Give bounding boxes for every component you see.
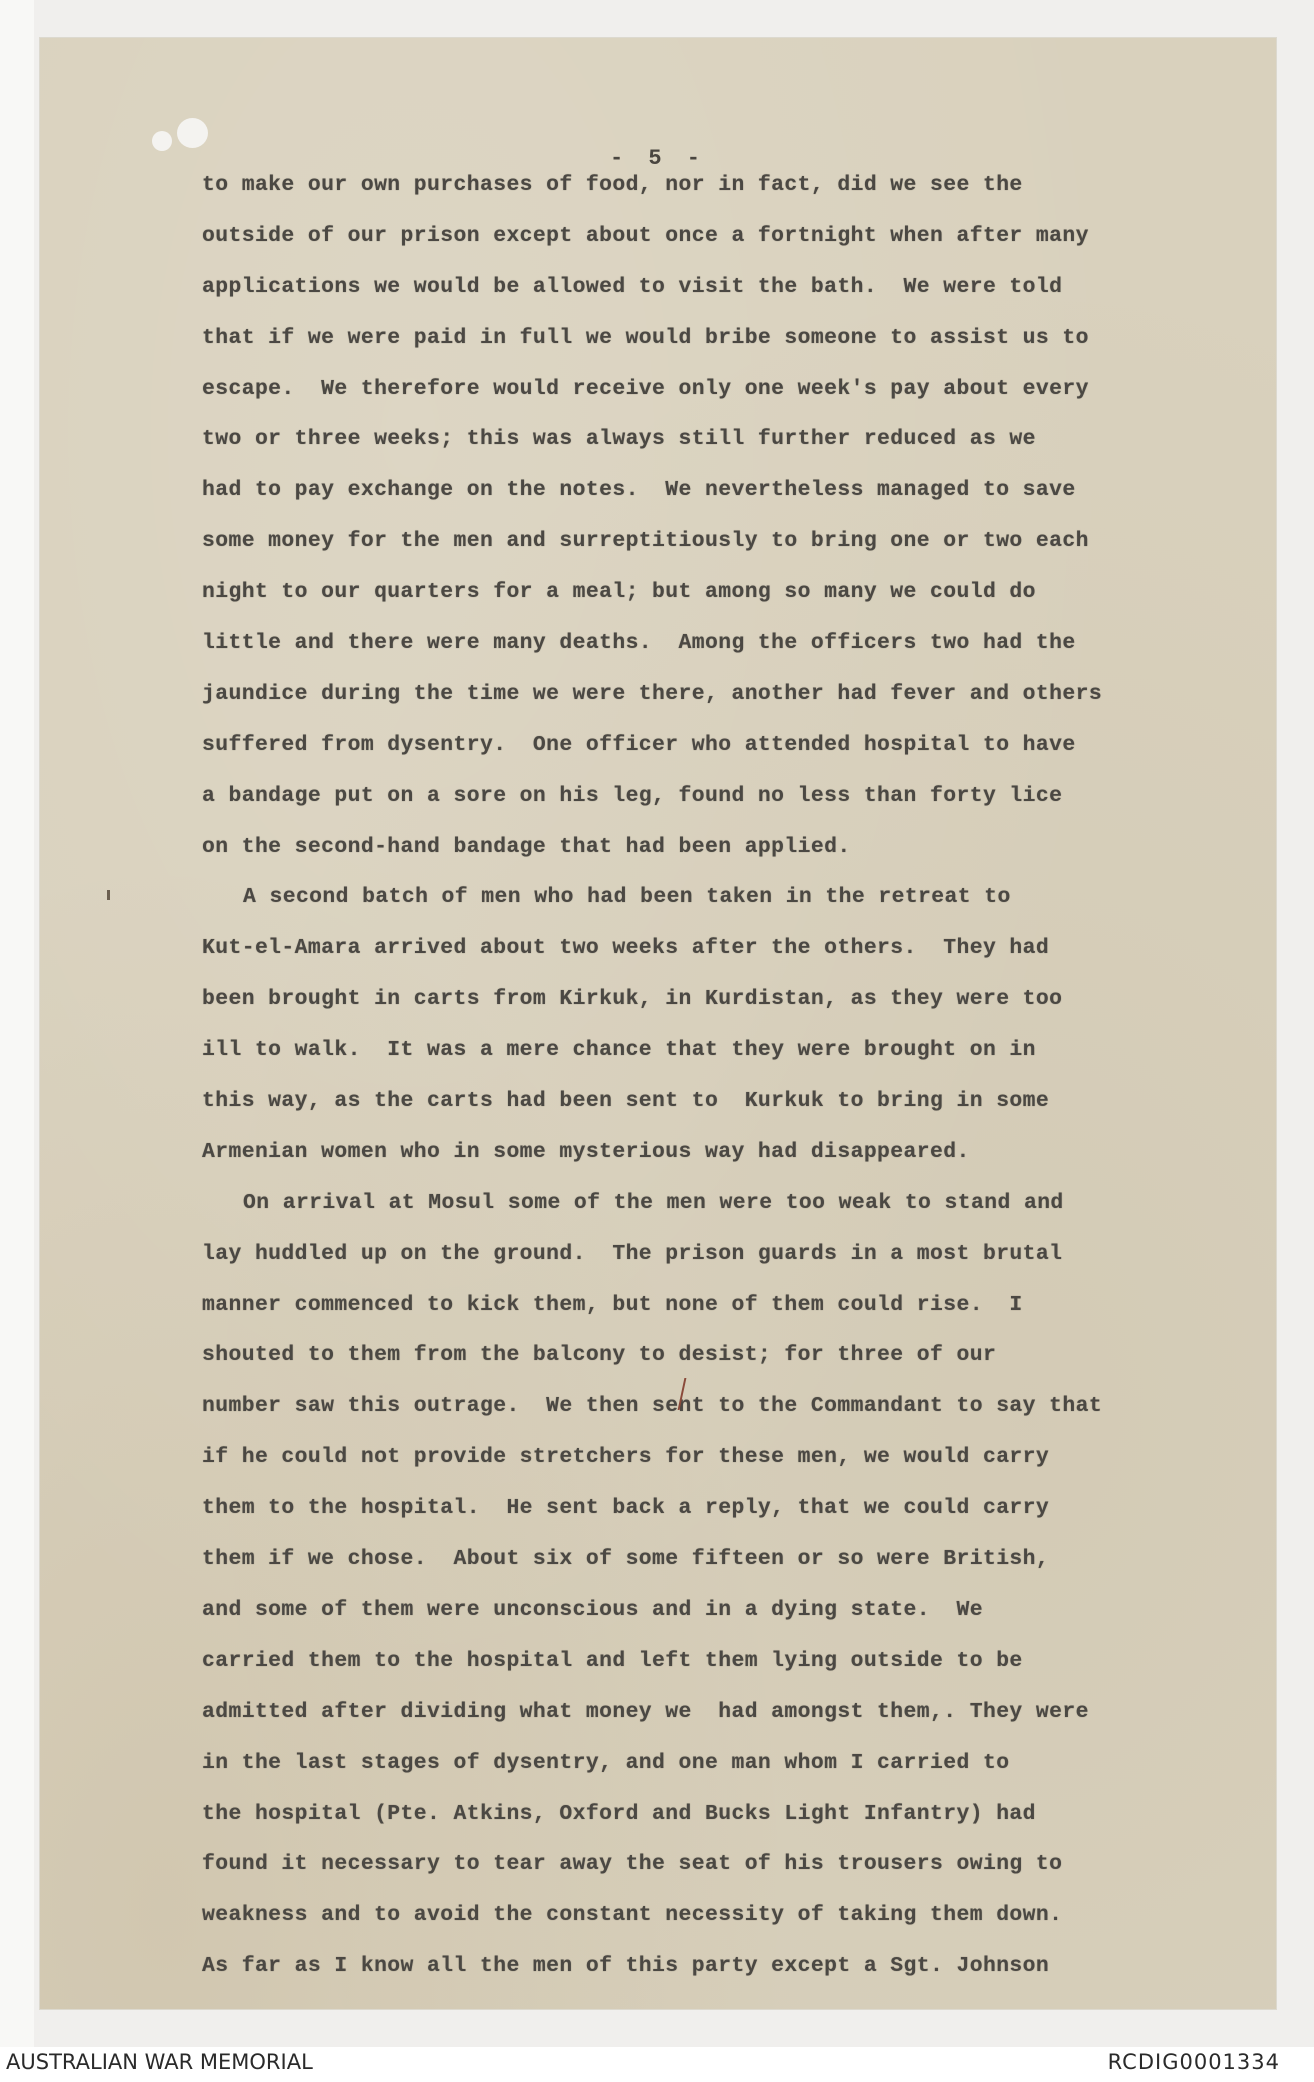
text-line: little and there were many deaths. Among… xyxy=(202,618,1282,669)
text-line: two or three weeks; this was always stil… xyxy=(202,414,1282,465)
text-line: As far as I know all the men of this par… xyxy=(202,1941,1282,1992)
text-line: manner commenced to kick them, but none … xyxy=(202,1280,1282,1331)
text-line: jaundice during the time we were there, … xyxy=(202,669,1282,720)
text-line: admitted after dividing what money we ha… xyxy=(202,1687,1282,1738)
text-line: had to pay exchange on the notes. We nev… xyxy=(202,465,1282,516)
text-line: and some of them were unconscious and in… xyxy=(202,1585,1282,1636)
text-line: found it necessary to tear away the seat… xyxy=(202,1839,1282,1890)
text-line: shouted to them from the balcony to desi… xyxy=(202,1330,1282,1381)
text-line: number saw this outrage. We then sent to… xyxy=(202,1381,1282,1432)
text-line: A second batch of men who had been taken… xyxy=(202,872,1282,923)
document-body-text: to make our own purchases of food, nor i… xyxy=(202,160,1282,1992)
text-line: lay huddled up on the ground. The prison… xyxy=(202,1229,1282,1280)
text-line: this way, as the carts had been sent to … xyxy=(202,1076,1282,1127)
text-line: if he could not provide stretchers for t… xyxy=(202,1432,1282,1483)
text-line: ill to walk. It was a mere chance that t… xyxy=(202,1025,1282,1076)
text-line: some money for the men and surreptitious… xyxy=(202,516,1282,567)
text-line: On arrival at Mosul some of the men were… xyxy=(202,1178,1282,1229)
text-line: that if we were paid in full we would br… xyxy=(202,313,1282,364)
text-line: to make our own purchases of food, nor i… xyxy=(202,160,1282,211)
text-line: applications we would be allowed to visi… xyxy=(202,262,1282,313)
text-line: suffered from dysentry. One officer who … xyxy=(202,720,1282,771)
text-line: carried them to the hospital and left th… xyxy=(202,1636,1282,1687)
text-line: on the second-hand bandage that had been… xyxy=(202,822,1282,873)
text-line: outside of our prison except about once … xyxy=(202,211,1282,262)
text-line: Armenian women who in some mysterious wa… xyxy=(202,1127,1282,1178)
mount-left-strip xyxy=(0,0,34,2047)
text-line: escape. We therefore would receive only … xyxy=(202,364,1282,415)
text-line: night to our quarters for a meal; but am… xyxy=(202,567,1282,618)
margin-mark xyxy=(107,890,110,900)
text-line: a bandage put on a sore on his leg, foun… xyxy=(202,771,1282,822)
record-id-label: RCDIG0001334 xyxy=(1108,2050,1280,2074)
punch-hole-large-icon xyxy=(177,118,208,148)
text-line: the hospital (Pte. Atkins, Oxford and Bu… xyxy=(202,1789,1282,1840)
text-line: been brought in carts from Kirkuk, in Ku… xyxy=(202,974,1282,1025)
text-line: weakness and to avoid the constant neces… xyxy=(202,1890,1282,1941)
text-line: them if we chose. About six of some fift… xyxy=(202,1534,1282,1585)
institution-label: AUSTRALIAN WAR MEMORIAL xyxy=(6,2050,313,2074)
text-line: in the last stages of dysentry, and one … xyxy=(202,1738,1282,1789)
text-line: them to the hospital. He sent back a rep… xyxy=(202,1483,1282,1534)
text-line: Kut-el-Amara arrived about two weeks aft… xyxy=(202,923,1282,974)
